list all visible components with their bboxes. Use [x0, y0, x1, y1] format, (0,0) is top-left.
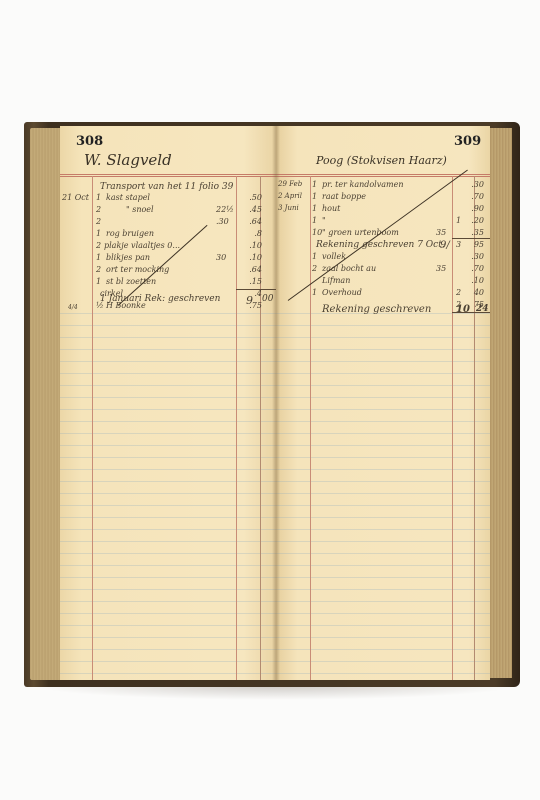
entry-amount: .10	[240, 241, 262, 250]
entry-amount: .10	[462, 276, 484, 285]
entry-ref: 9/	[440, 240, 450, 251]
ruled-lines	[276, 302, 490, 680]
entry-qty: 2	[312, 264, 317, 273]
entry-amount: .30	[462, 252, 484, 261]
entry-qty: 2	[96, 217, 101, 226]
red-header-rule	[60, 174, 276, 175]
sum-line	[452, 238, 490, 239]
entry-qty: 1	[96, 277, 101, 286]
entry-description: " groen urtenboom	[322, 228, 399, 237]
entry-qty: 1	[312, 180, 317, 189]
entry-unit-price: 22½	[216, 205, 234, 214]
entry-qty: 1	[312, 192, 317, 201]
entry-description: Overhoud	[322, 288, 362, 297]
entry-qty: 1	[312, 216, 317, 225]
entry-qty: 2	[96, 205, 101, 214]
entry-amount: .10	[240, 253, 262, 262]
entry-description: "	[322, 216, 326, 225]
sum-line	[236, 289, 276, 290]
entry-unit-price: 30	[216, 253, 226, 262]
entry-qty: 10	[312, 228, 322, 237]
entry-unit-price: 35	[436, 228, 446, 237]
total-guilders: 9	[246, 294, 253, 307]
entry-guilders: 3	[456, 240, 461, 249]
entry-amount: .50	[240, 193, 262, 202]
entry-qty: 1	[312, 288, 317, 297]
entry-unit-price: .30	[216, 217, 229, 226]
date-column-rule	[92, 176, 93, 680]
entry-description: kast stapel	[106, 193, 150, 202]
entry-qty: 1	[312, 252, 317, 261]
entry-date: 29 Feb	[278, 180, 302, 188]
entry-description: " snoel	[126, 205, 154, 214]
entry-description: Lifman	[322, 276, 350, 285]
entry-description: blikjes pan	[106, 253, 150, 262]
entry-amount: .20	[462, 216, 484, 225]
page-edges-right	[488, 128, 512, 678]
entry-description: pr. ter kandolvamen	[322, 180, 404, 189]
entry-amount: .90	[462, 204, 484, 213]
entry-amount: .15	[240, 277, 262, 286]
side-mark: 4/4	[68, 304, 78, 311]
entry-amount: .8	[240, 229, 262, 238]
entry-amount: .30	[462, 180, 484, 189]
entry-amount: .64	[240, 265, 262, 274]
total-guilders: 10	[456, 304, 470, 315]
entry-date: 2 April	[278, 192, 302, 200]
page-number: 309	[454, 134, 481, 149]
amount-column-rule	[236, 176, 237, 680]
entry-qty: 2	[96, 265, 101, 274]
entry-qty: 1	[96, 193, 101, 202]
total-label: 1 Januari Rek: geschreven	[100, 294, 220, 304]
entry-description: hout	[322, 204, 340, 213]
account-name: W. Slagveld	[84, 151, 172, 169]
entry-qty: 1	[96, 253, 101, 262]
book-spine-gutter	[272, 126, 280, 680]
date-column-rule	[310, 176, 311, 680]
amount-column-rule	[452, 176, 453, 680]
ledger-page-right: 309 Poog (Stokvisen Haarz) 29 Feb 1 pr. …	[276, 126, 490, 680]
entry-description: Rekening geschreven 7 Oct.	[316, 240, 445, 250]
entry-guilders: 1	[456, 216, 461, 225]
cents-column-rule	[260, 176, 261, 680]
entry-unit-price: 35	[436, 264, 446, 273]
entry-qty: 2	[96, 241, 101, 250]
entry-amount: .64	[240, 217, 262, 226]
entry-description: plakje vlaaltjes 0...	[104, 241, 180, 250]
entry-amount: .45	[240, 205, 262, 214]
page-number: 308	[76, 134, 103, 149]
entry-amount: 95	[462, 240, 484, 249]
total-label: Rekening geschreven	[322, 304, 431, 315]
page-edges-left	[30, 128, 62, 680]
entry-amount: .70	[462, 264, 484, 273]
entry-qty: 1	[312, 204, 317, 213]
account-name: Poog (Stokvisen Haarz)	[316, 154, 447, 167]
entry-amount: .70	[462, 192, 484, 201]
entry-amount: 40	[462, 288, 484, 297]
ledger-page-left: 308 W. Slagveld Transport van het 11 fol…	[60, 126, 276, 680]
entry-date: 21 Oct	[62, 193, 89, 202]
entry-guilders: 2	[456, 288, 461, 297]
entry-description: rog bruigen	[106, 229, 154, 238]
entry-date: 3 Juni	[278, 204, 299, 212]
entry-qty: 1	[96, 229, 101, 238]
entry-description: raat boppe	[322, 192, 366, 201]
transport-row: Transport van het 11 folio 39	[100, 182, 233, 192]
entry-amount: .35	[462, 228, 484, 237]
total-cents: 24	[476, 304, 489, 314]
